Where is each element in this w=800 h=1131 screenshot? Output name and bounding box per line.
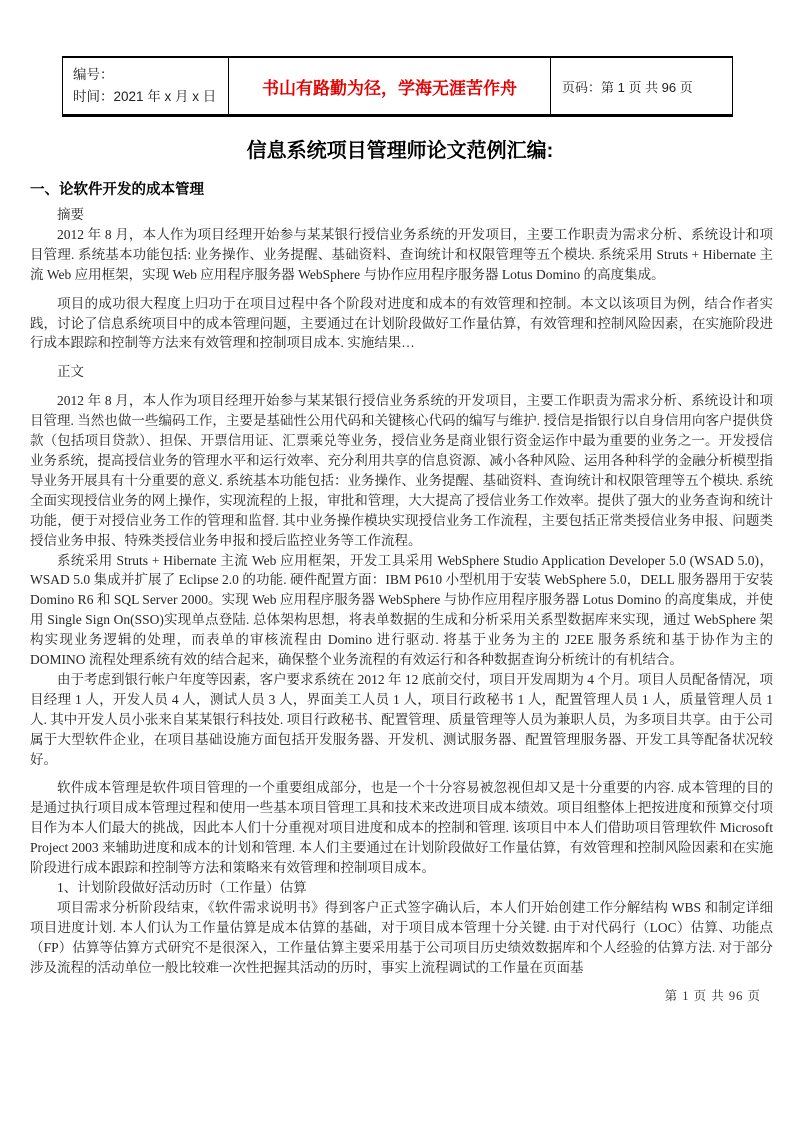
page-info-label: 页码：第 1 页 共 96 页 [562, 77, 693, 96]
motto-text: 书山有路勤为径，学海无涯苦作舟 [262, 74, 517, 99]
header-cell-page-info: 页码：第 1 页 共 96 页 [551, 58, 732, 114]
numbered-heading-1: 1、计划阶段做好活动历时（工作量）估算 [30, 878, 773, 898]
document-page: 编号： 时间：2021 年 x 月 x 日 书山有路勤为径，学海无涯苦作舟 页码… [0, 0, 800, 1131]
main-text-label: 正文 [30, 362, 773, 382]
body-paragraph-3: 由于考虑到银行帐户年度等因素，客户要求系统在 2012 年 12 底前交付，项目… [30, 670, 773, 770]
body-paragraph-1: 2012 年 8 月，本人作为项目经理开始参与某某银行授信业务系统的开发项目，主… [30, 391, 773, 550]
body-paragraph-4: 软件成本管理是软件项目管理的一个重要组成部分，也是一个十分容易被忽视但却又是十分… [30, 778, 773, 878]
page-number-footer: 第 1 页 共 96 页 [30, 987, 773, 1007]
header-table: 编号： 时间：2021 年 x 月 x 日 书山有路勤为径，学海无涯苦作舟 页码… [62, 56, 733, 117]
abstract-paragraph-1: 2012 年 8 月，本人作为项目经理开始参与某某银行授信业务系统的开发项目，主… [30, 225, 773, 285]
body-paragraph-2: 系统采用 Struts + Hibernate 主流 Web 应用框架，开发工具… [30, 551, 773, 670]
abstract-label: 摘要 [30, 205, 773, 225]
header-cell-motto: 书山有路勤为径，学海无涯苦作舟 [229, 58, 551, 114]
header-cell-number-time: 编号： 时间：2021 年 x 月 x 日 [63, 58, 229, 114]
page-title: 信息系统项目管理师论文范例汇编: [0, 134, 800, 163]
body-paragraph-5: 项目需求分析阶段结束，《软件需求说明书》得到客户正式签字确认后，本人们开始创建工… [30, 898, 773, 978]
abstract-paragraph-2: 项目的成功很大程度上归功于在项目过程中各个阶段对进度和成本的有效管理和控制。本文… [30, 294, 773, 354]
document-body: 摘要2012 年 8 月，本人作为项目经理开始参与某某银行授信业务系统的开发项目… [30, 205, 773, 1006]
section-heading: 一、论软件开发的成本管理 [30, 178, 204, 199]
doc-time-label: 时间：2021 年 x 月 x 日 [73, 86, 228, 108]
doc-number-label: 编号： [73, 64, 228, 86]
